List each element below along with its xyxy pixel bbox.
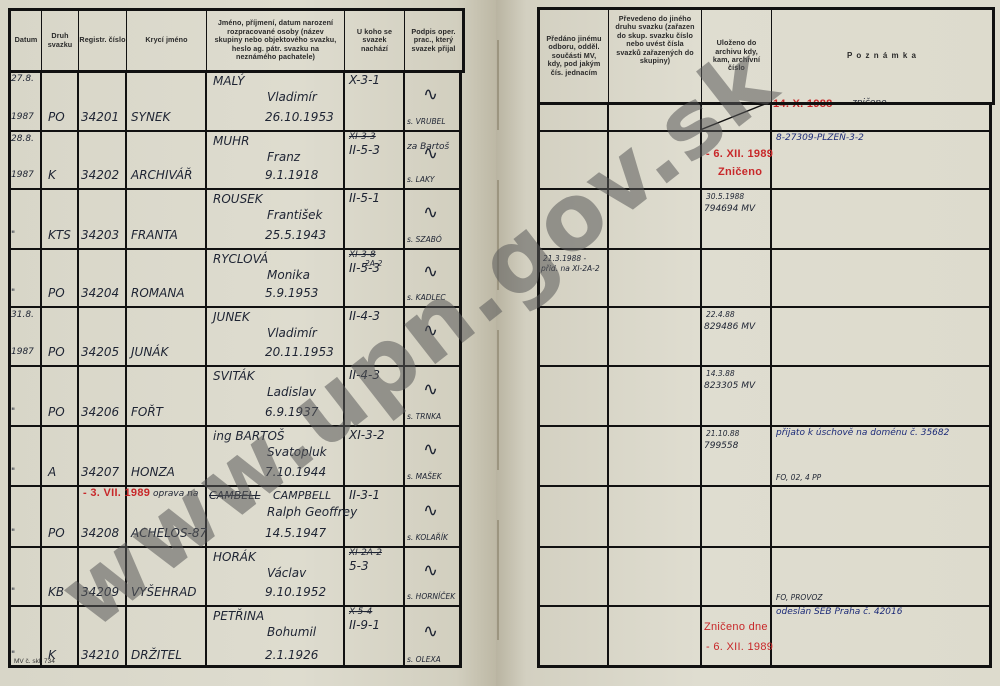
diagonal-strike bbox=[700, 102, 770, 130]
person-birthdate: 26.10.1953 bbox=[265, 110, 334, 124]
col-header-druh: Druh svazku bbox=[42, 10, 79, 72]
file-type: KB bbox=[48, 585, 64, 599]
file-location: 5-3 bbox=[349, 559, 369, 573]
signature-icon: ∿ bbox=[423, 560, 438, 581]
table-row: 14. X. 1988zničeno bbox=[537, 102, 992, 130]
location-superscript: 2A-2 bbox=[365, 259, 382, 268]
location-struck: X-5-4 bbox=[349, 607, 372, 617]
file-location: XI-3-2 bbox=[349, 428, 385, 442]
signature-icon: ∿ bbox=[423, 261, 438, 282]
archive-number: 794694 MV bbox=[704, 204, 755, 214]
signature-icon: ∿ bbox=[423, 379, 438, 400]
file-location: II-5-3 bbox=[349, 143, 380, 157]
registration-number: 34210 bbox=[81, 648, 119, 662]
file-location: II-5-1 bbox=[349, 191, 380, 205]
table-row: 8-27309-PLZEŇ-3-2- 6. XII. 1989Zničeno bbox=[537, 130, 992, 188]
remark: 8-27309-PLZEŇ-3-2 bbox=[776, 133, 864, 143]
person-firstname: Ladislav bbox=[267, 385, 316, 399]
registration-number: 34204 bbox=[81, 286, 119, 300]
file-type: KTS bbox=[48, 228, 71, 242]
person-birthdate: 20.11.1953 bbox=[265, 345, 334, 359]
table-row: přijato k úschově na doménu č. 35682FO, … bbox=[537, 425, 992, 485]
table-row: odeslán SEB Praha č. 42016Zničeno dne- 6… bbox=[537, 605, 992, 668]
file-location: II-4-3 bbox=[349, 309, 380, 323]
person-surname: JUNEK bbox=[213, 310, 250, 324]
officer-name: s. VRUBEL bbox=[407, 117, 446, 126]
person-surname: ing BARTOŠ bbox=[213, 429, 285, 443]
col-header-datum: Datum bbox=[10, 10, 42, 72]
table-row: "KB34209VYŠEHRADHORÁKVáclav9.10.1952XI-2… bbox=[8, 546, 462, 605]
header-row: Předáno jinému odboru, odděl. součásti M… bbox=[539, 9, 994, 104]
table-row: 27.8.1987PO34201SYNEKMALÝVladimír26.10.1… bbox=[8, 70, 462, 130]
date-year: 1987 bbox=[11, 112, 34, 122]
cover-name: HONZA bbox=[131, 465, 175, 479]
archive-date: 22.4.88 bbox=[706, 310, 735, 319]
registration-number: 34202 bbox=[81, 168, 119, 182]
person-surname: PETŘINA bbox=[213, 609, 264, 623]
person-firstname: Vladimír bbox=[267, 90, 317, 104]
col-header-kryci: Krycí jméno bbox=[127, 10, 207, 72]
signature-icon: ∿ bbox=[423, 500, 438, 521]
registration-number: 34209 bbox=[81, 585, 119, 599]
signature-icon: ∿ bbox=[423, 320, 438, 341]
correction-stamp: - 3. VII. 1989 bbox=[83, 487, 150, 499]
officer-name: s. TRNKA bbox=[407, 412, 441, 421]
person-surname: HORÁK bbox=[213, 550, 256, 564]
cover-name: ARCHIVÁŘ bbox=[131, 168, 192, 182]
archive-date: 21.10.88 bbox=[706, 429, 739, 438]
date-year: " bbox=[11, 587, 15, 597]
destroyed-date-stamp: - 6. XII. 1989 bbox=[706, 641, 773, 653]
table-row: 28.8.1987K34202ARCHIVÁŘMUHRFranz9.1.1918… bbox=[8, 130, 462, 188]
person-firstname: Ralph Geoffrey bbox=[267, 505, 357, 519]
file-type: PO bbox=[48, 345, 65, 359]
destroyed-date-stamp: - 6. XII. 1989 bbox=[706, 148, 773, 160]
registration-number: 34201 bbox=[81, 110, 119, 124]
handover-note: přid. na XI-2A-2 bbox=[541, 264, 600, 273]
cover-name: JUNÁK bbox=[131, 345, 168, 359]
file-type: PO bbox=[48, 405, 65, 419]
date-year: 1987 bbox=[11, 347, 34, 357]
remark-bottom: FO, 02, 4 PP bbox=[776, 473, 821, 482]
person-birthdate: 9.10.1952 bbox=[265, 585, 326, 599]
person-surname: SVITÁK bbox=[213, 369, 255, 383]
destroyed-stamp: Zničeno dne bbox=[704, 621, 768, 633]
cover-name: FOŘT bbox=[131, 405, 163, 419]
correction-note: oprava na bbox=[153, 489, 198, 499]
person-firstname: František bbox=[267, 208, 322, 222]
binding-stitch bbox=[497, 330, 499, 470]
col-header-ulozeno: Uloženo do archivu kdy, kam, archivní čí… bbox=[702, 9, 772, 104]
register-table-left: Datum Druh svazku Registr. číslo Krycí j… bbox=[8, 8, 465, 73]
person-surname: ROUSEK bbox=[213, 192, 263, 206]
signature-icon: ∿ bbox=[423, 202, 438, 223]
table-row: FO, PROVOZ bbox=[537, 546, 992, 605]
cover-name: DRŽITEL bbox=[131, 648, 182, 662]
person-firstname: Monika bbox=[267, 268, 310, 282]
remark-bottom: FO, PROVOZ bbox=[776, 593, 823, 602]
col-header-prevedeno: Převedeno do jiného druhu svazku (zařaze… bbox=[609, 9, 702, 104]
archive-number: 823305 MV bbox=[704, 381, 755, 391]
person-surname: MALÝ bbox=[213, 74, 244, 88]
binding-stitch bbox=[497, 520, 499, 640]
person-birthdate: 2.1.1926 bbox=[265, 648, 318, 662]
date-day-month: 27.8. bbox=[11, 74, 34, 84]
table-row: "PO34204ROMANARYCLOVÁMonika5.9.1953XI-3-… bbox=[8, 248, 462, 306]
file-location: II-9-1 bbox=[349, 618, 380, 632]
file-type: K bbox=[48, 168, 56, 182]
table-row: 30.5.1988794694 MV bbox=[537, 188, 992, 248]
remark: přijato k úschově na doménu č. 35682 bbox=[776, 428, 949, 438]
officer-name: s. HORNÍČEK bbox=[407, 592, 455, 601]
date-year: " bbox=[11, 230, 15, 240]
table-row: 21.3.1988 -přid. na XI-2A-2 bbox=[537, 248, 992, 306]
date-year: " bbox=[11, 288, 15, 298]
archive-number: 799558 bbox=[704, 441, 738, 451]
person-surname: RYCLOVÁ bbox=[213, 252, 268, 266]
form-number: MV č. skl. 734 bbox=[14, 658, 55, 665]
archive-number: 829486 MV bbox=[704, 322, 755, 332]
binding-stitch bbox=[497, 180, 499, 290]
col-header-ukoho: U koho se svazek nachází bbox=[345, 10, 405, 72]
date-year: " bbox=[11, 467, 15, 477]
table-row: "PO34208ACHELOS-87CAMPBELLRalph Geoffrey… bbox=[8, 485, 462, 546]
destroyed-stamp: Zničeno bbox=[718, 166, 762, 178]
surname-struck: CAMBELL bbox=[209, 489, 260, 502]
table-row: 31.8.1987PO34205JUNÁKJUNEKVladimír20.11.… bbox=[8, 306, 462, 365]
registration-number: 34206 bbox=[81, 405, 119, 419]
signature-icon: ∿ bbox=[423, 143, 438, 164]
registration-number: 34203 bbox=[81, 228, 119, 242]
person-firstname: Vladimír bbox=[267, 326, 317, 340]
registration-number: 34205 bbox=[81, 345, 119, 359]
person-firstname: Franz bbox=[267, 150, 300, 164]
archive-date: 30.5.1988 bbox=[706, 192, 744, 201]
officer-name: s. MAŠEK bbox=[407, 472, 442, 481]
registration-number: 34208 bbox=[81, 526, 119, 540]
date-day-month: 31.8. bbox=[11, 310, 34, 320]
date-year: 1987 bbox=[11, 170, 34, 180]
file-location: II-4-3 bbox=[349, 368, 380, 382]
cover-name: FRANTA bbox=[131, 228, 178, 242]
cover-name: VYŠEHRAD bbox=[131, 585, 197, 599]
officer-name: s. LAKY bbox=[407, 175, 434, 184]
file-type: A bbox=[48, 465, 56, 479]
cover-name: ROMANA bbox=[131, 286, 185, 300]
handover-date: 21.3.1988 - bbox=[543, 254, 586, 263]
date-year: " bbox=[11, 528, 15, 538]
table-row: "A34207HONZAing BARTOŠSvatopluk7.10.1944… bbox=[8, 425, 462, 485]
officer-name: s. KOLAŘÍK bbox=[407, 533, 448, 542]
person-firstname: Václav bbox=[267, 566, 306, 580]
cover-name: ACHELOS-87 bbox=[131, 526, 207, 540]
col-header-jmeno: Jméno, příjmení, datum narození rozpraco… bbox=[207, 10, 345, 72]
person-surname: CAMPBELL bbox=[273, 489, 331, 502]
signature-icon: ∿ bbox=[423, 621, 438, 642]
file-type: PO bbox=[48, 110, 65, 124]
table-row: "K34210DRŽITELPETŘINABohumil2.1.1926X-5-… bbox=[8, 605, 462, 668]
person-birthdate: 7.10.1944 bbox=[265, 465, 326, 479]
file-type: PO bbox=[48, 286, 65, 300]
person-birthdate: 25.5.1943 bbox=[265, 228, 326, 242]
signature-icon: ∿ bbox=[423, 84, 438, 105]
col-header-predano: Předáno jinému odboru, odděl. součásti M… bbox=[539, 9, 609, 104]
file-location: X-3-1 bbox=[349, 73, 380, 87]
date-year: " bbox=[11, 407, 15, 417]
location-struck: XI-2A-2 bbox=[349, 548, 382, 558]
col-header-registr: Registr. číslo bbox=[79, 10, 127, 72]
header-row: Datum Druh svazku Registr. číslo Krycí j… bbox=[10, 10, 464, 72]
person-firstname: Svatopluk bbox=[267, 445, 327, 459]
officer-name: s. OLEXA bbox=[407, 655, 441, 664]
person-birthdate: 6.9.1937 bbox=[265, 405, 318, 419]
table-row: "KTS34203FRANTAROUSEKFrantišek25.5.1943I… bbox=[8, 188, 462, 248]
person-surname: MUHR bbox=[213, 134, 250, 148]
register-table-right: Předáno jinému odboru, odděl. součásti M… bbox=[537, 7, 995, 105]
remark: odeslán SEB Praha č. 42016 bbox=[776, 607, 902, 617]
officer-name: s. KADLEC bbox=[407, 293, 446, 302]
person-birthdate: 14.5.1947 bbox=[265, 526, 326, 540]
location-struck: XI-3-3 bbox=[349, 132, 376, 142]
person-birthdate: 9.1.1918 bbox=[265, 168, 318, 182]
file-type: PO bbox=[48, 526, 65, 540]
table-row bbox=[537, 485, 992, 546]
person-firstname: Bohumil bbox=[267, 625, 316, 639]
registration-number: 34207 bbox=[81, 465, 119, 479]
table-row: 14.3.88823305 MV bbox=[537, 365, 992, 425]
signature-icon: ∿ bbox=[423, 439, 438, 460]
archive-date: 14.3.88 bbox=[706, 369, 735, 378]
date-day-month: 28.8. bbox=[11, 134, 34, 144]
binding-stitch bbox=[497, 40, 499, 130]
table-row: "PO34206FOŘTSVITÁKLadislav6.9.1937II-4-3… bbox=[8, 365, 462, 425]
cover-name: SYNEK bbox=[131, 110, 170, 124]
col-header-poznamka: P o z n á m k a bbox=[772, 9, 994, 104]
person-birthdate: 5.9.1953 bbox=[265, 286, 318, 300]
officer-name: s. SZABÓ bbox=[407, 235, 442, 244]
col-header-podpis: Podpis oper. prac., který svazek přijal bbox=[405, 10, 464, 72]
file-location: II-3-1 bbox=[349, 488, 380, 502]
table-row: 22.4.88829486 MV bbox=[537, 306, 992, 365]
